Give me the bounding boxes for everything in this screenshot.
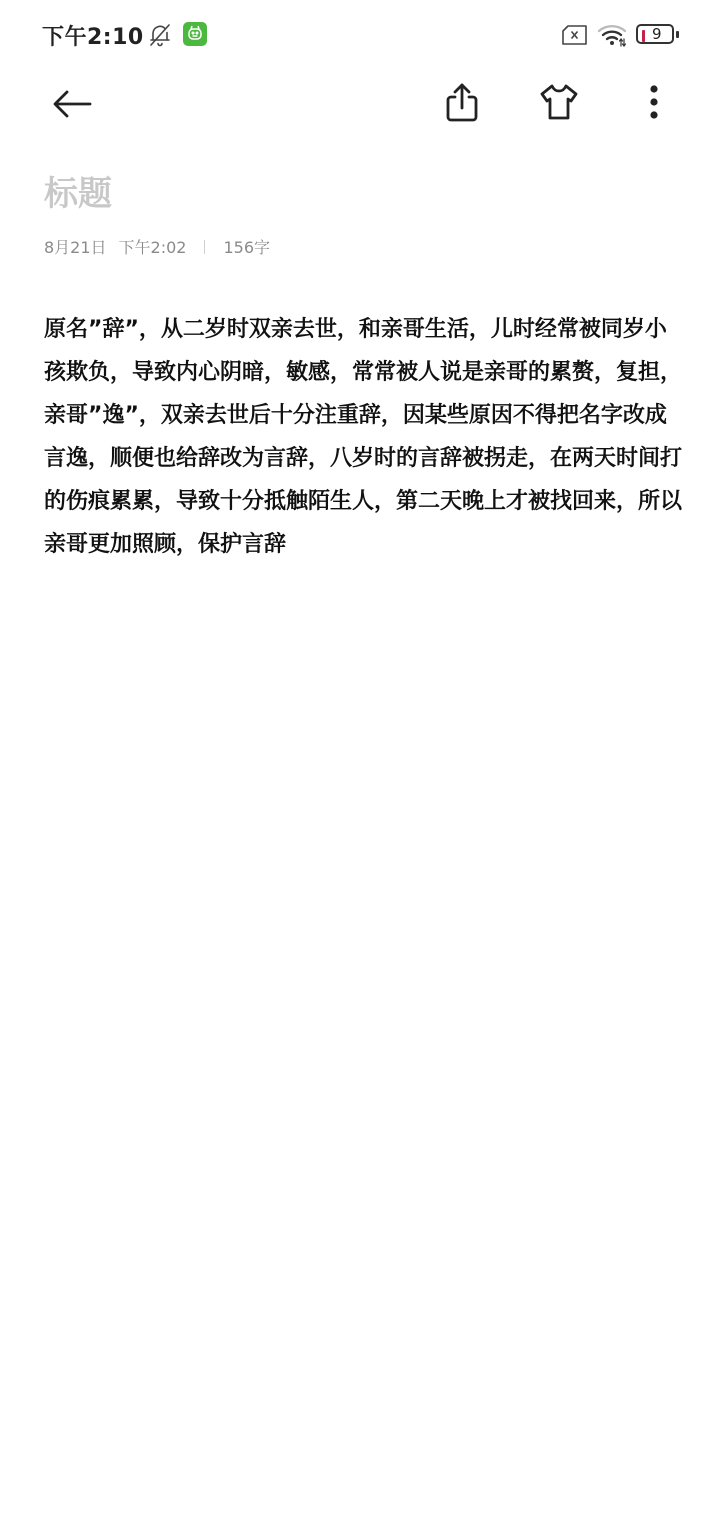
status-time: 下午2:10 [42,20,144,51]
note-time: 下午2:02 [119,235,187,258]
back-button[interactable] [45,78,101,134]
note-meta: 8月21日 下午2:02 156字 [44,235,270,258]
status-bar: 下午2:10 [0,0,720,70]
bell-off-icon [148,22,172,48]
note-title-input[interactable]: 标题 [44,166,112,215]
share-button[interactable] [434,76,490,132]
note-toolbar [0,70,720,142]
note-date: 8月21日 [44,235,107,258]
battery-level-bar [642,30,645,42]
word-count: 156字 [223,235,270,258]
share-icon [445,82,479,126]
wifi-icon [597,23,629,47]
theme-button[interactable] [531,76,587,132]
note-body-editor[interactable]: 原名”辞”，从二岁时双亲去世，和亲哥生活，儿时经常被同岁小孩欺负，导致内心阴暗，… [44,308,684,566]
more-options-button[interactable] [626,76,682,132]
battery-level: 9 [652,25,662,43]
meta-divider [204,240,205,254]
battery-icon: 9 [636,24,680,46]
app-notification-icon [183,22,207,46]
arrow-left-icon [52,89,94,123]
no-sim-icon [562,25,588,45]
battery-tip [676,31,679,38]
more-vertical-icon [649,84,659,124]
battery-body: 9 [636,24,674,44]
tshirt-icon [539,83,579,125]
